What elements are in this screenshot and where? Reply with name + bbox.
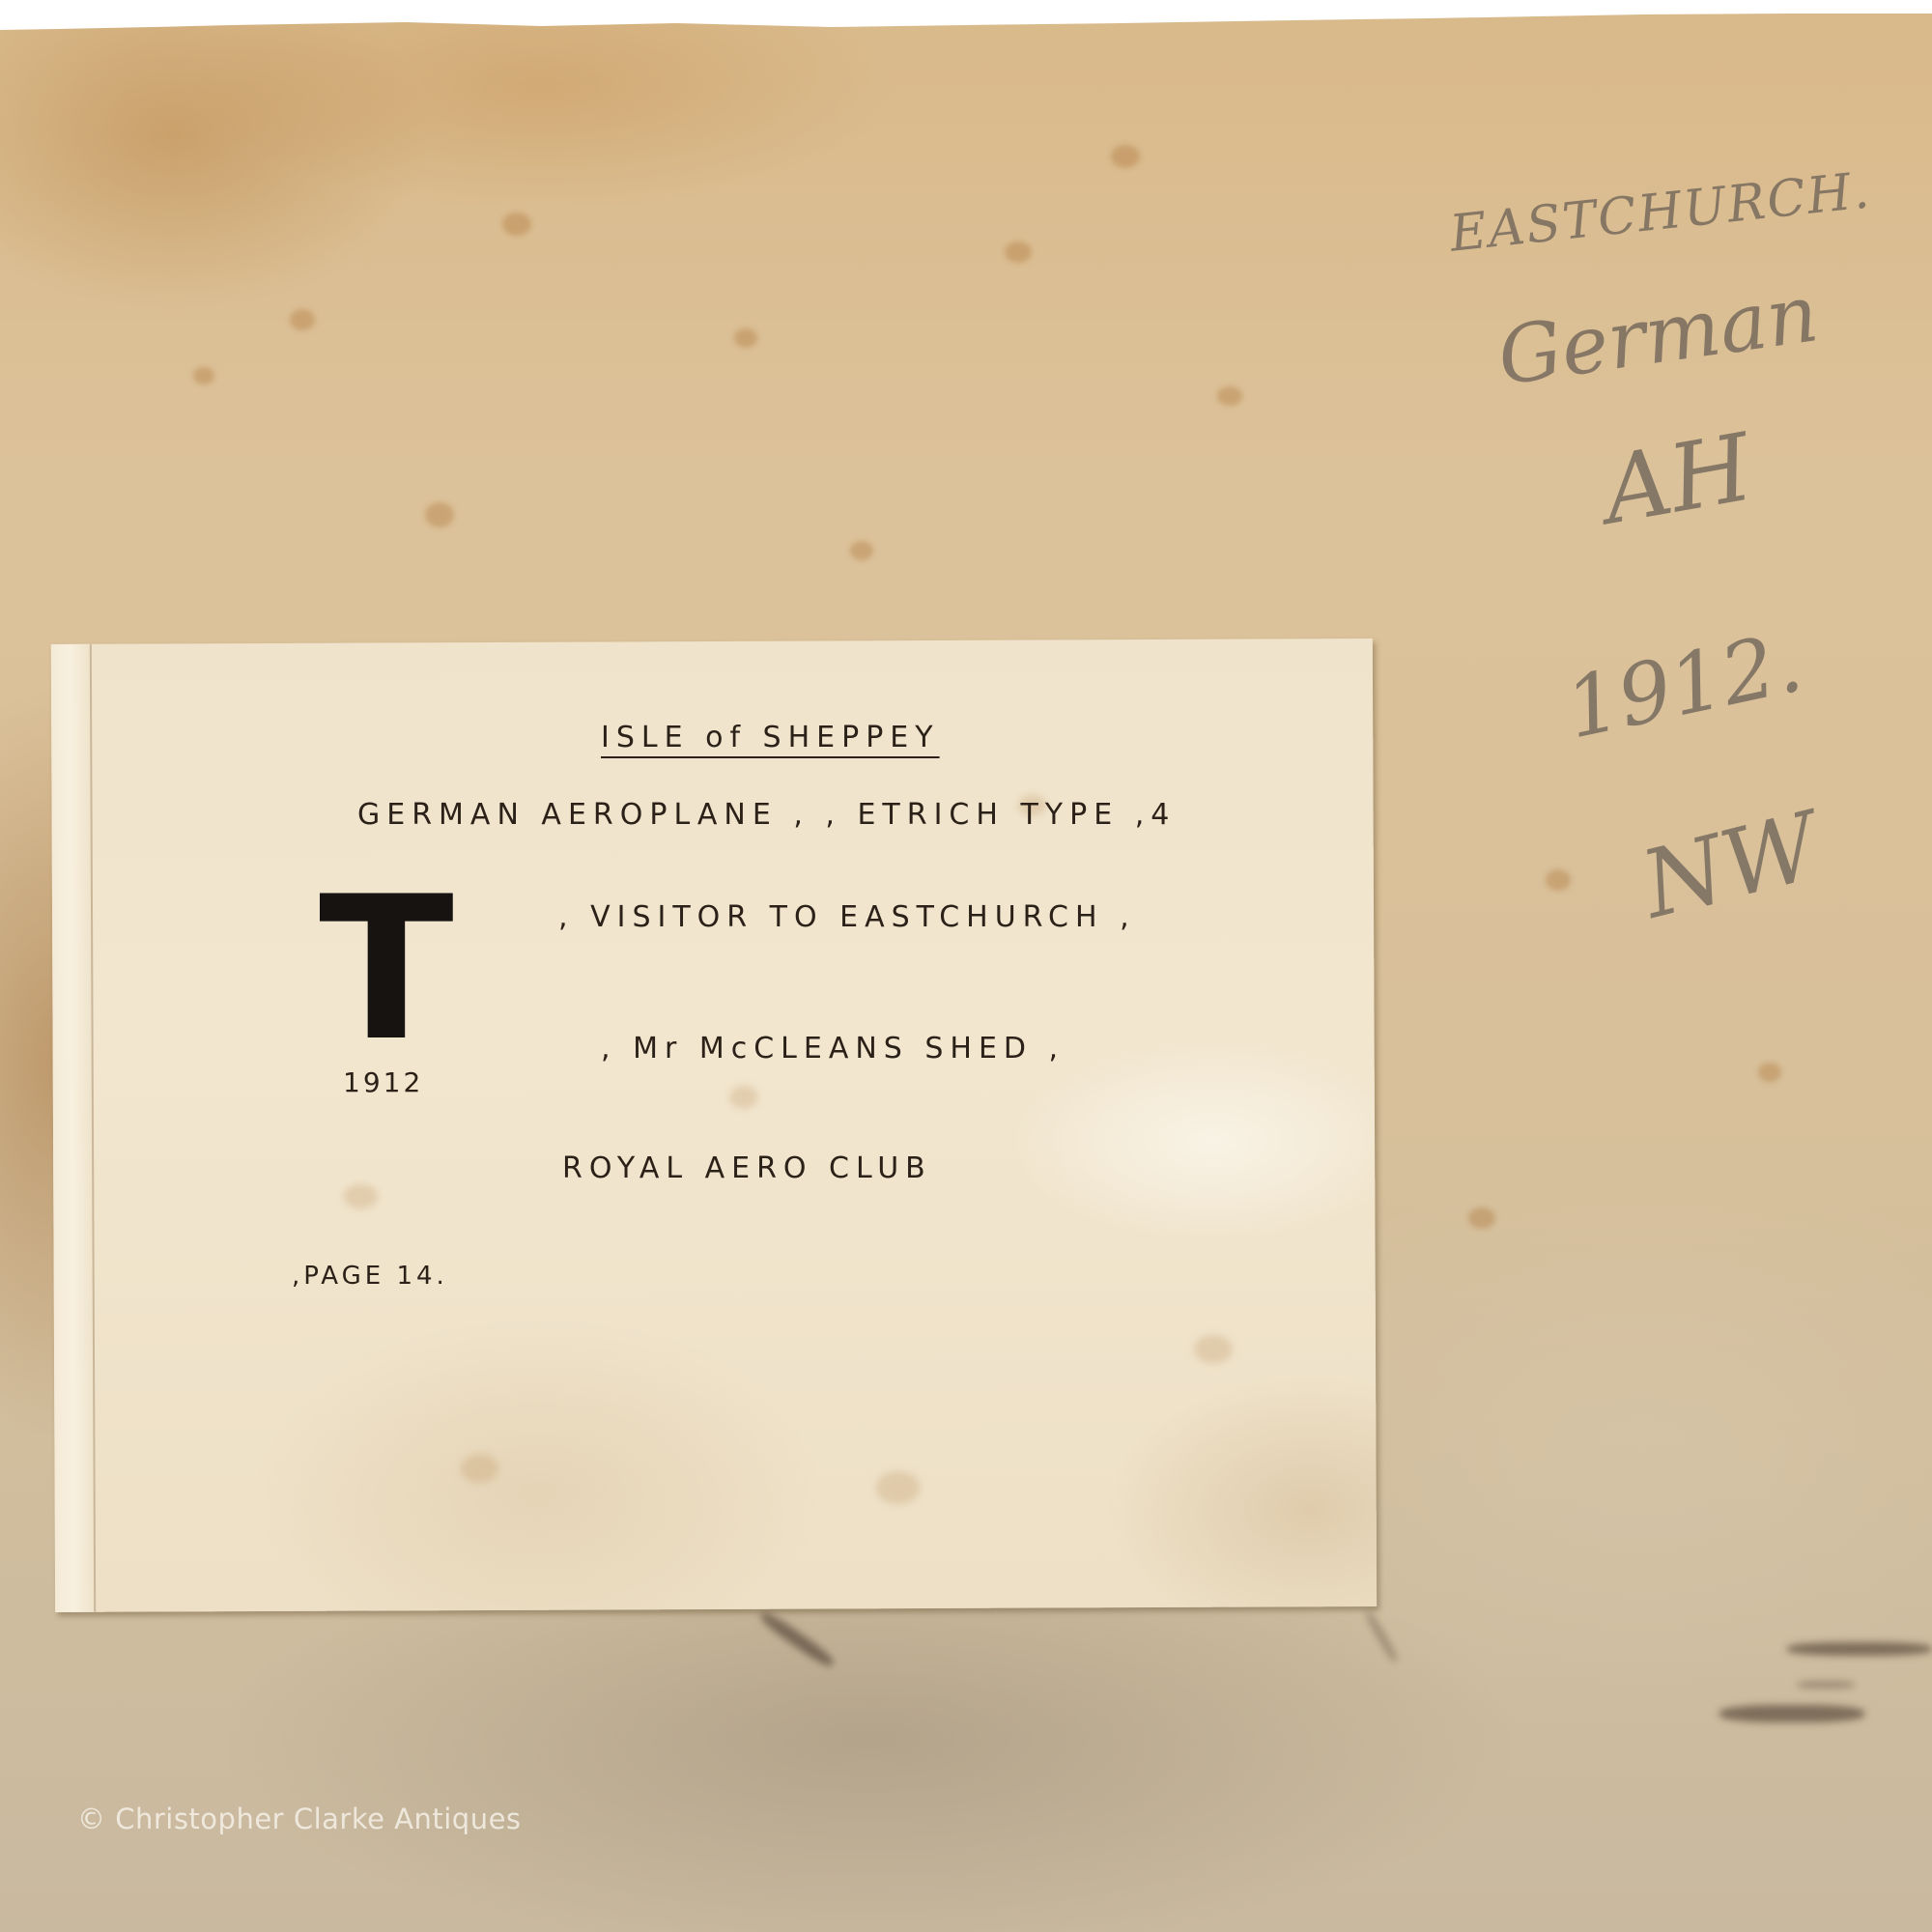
label-page-number: ,PAGE 14. <box>292 1262 448 1291</box>
foxing-spot <box>425 502 454 527</box>
label-line-club: ROYAL AERO CLUB <box>562 1151 932 1185</box>
charcoal-mark <box>1364 1609 1400 1663</box>
charcoal-mark <box>1787 1642 1932 1656</box>
copyright-watermark: © Christopher Clarke Antiques <box>77 1803 522 1835</box>
foxing-spot <box>734 328 757 348</box>
label-year: 1912 <box>343 1066 423 1098</box>
foxing-spot <box>850 541 873 560</box>
label-line-aeroplane: GERMAN AEROPLANE , , ETRICH TYPE ,4 <box>357 798 1176 832</box>
label-heading: ISLE of SHEPPEY <box>601 721 940 754</box>
handwritten-label <box>51 639 1377 1612</box>
label-big-letter: T <box>319 871 454 1069</box>
foxing-spot <box>1546 869 1571 891</box>
foxing-spot <box>1758 1063 1781 1082</box>
foxing-spot <box>1005 241 1032 263</box>
foxing-spot <box>290 309 315 330</box>
foxing-spot <box>729 1086 758 1109</box>
label-line-shed: , Mr McCLEANS SHED , <box>601 1032 1065 1065</box>
foxing-spot <box>1194 1335 1233 1364</box>
label-line-visitor: , VISITOR TO EASTCHURCH , <box>558 900 1136 934</box>
charcoal-mark <box>757 1608 837 1669</box>
foxing-spot <box>1217 386 1242 406</box>
foxing-spot <box>460 1454 498 1483</box>
foxing-spot <box>1468 1207 1495 1229</box>
document-photo: EASTCHURCH. German AH 1912. NW ISLE of S… <box>0 0 1932 1932</box>
foxing-spot <box>502 213 531 236</box>
foxing-spot <box>876 1471 921 1504</box>
charcoal-mark <box>1719 1705 1864 1722</box>
foxing-spot <box>193 367 214 384</box>
charcoal-mark <box>1797 1681 1855 1689</box>
foxing-spot <box>343 1184 378 1209</box>
foxing-spot <box>1111 145 1140 168</box>
